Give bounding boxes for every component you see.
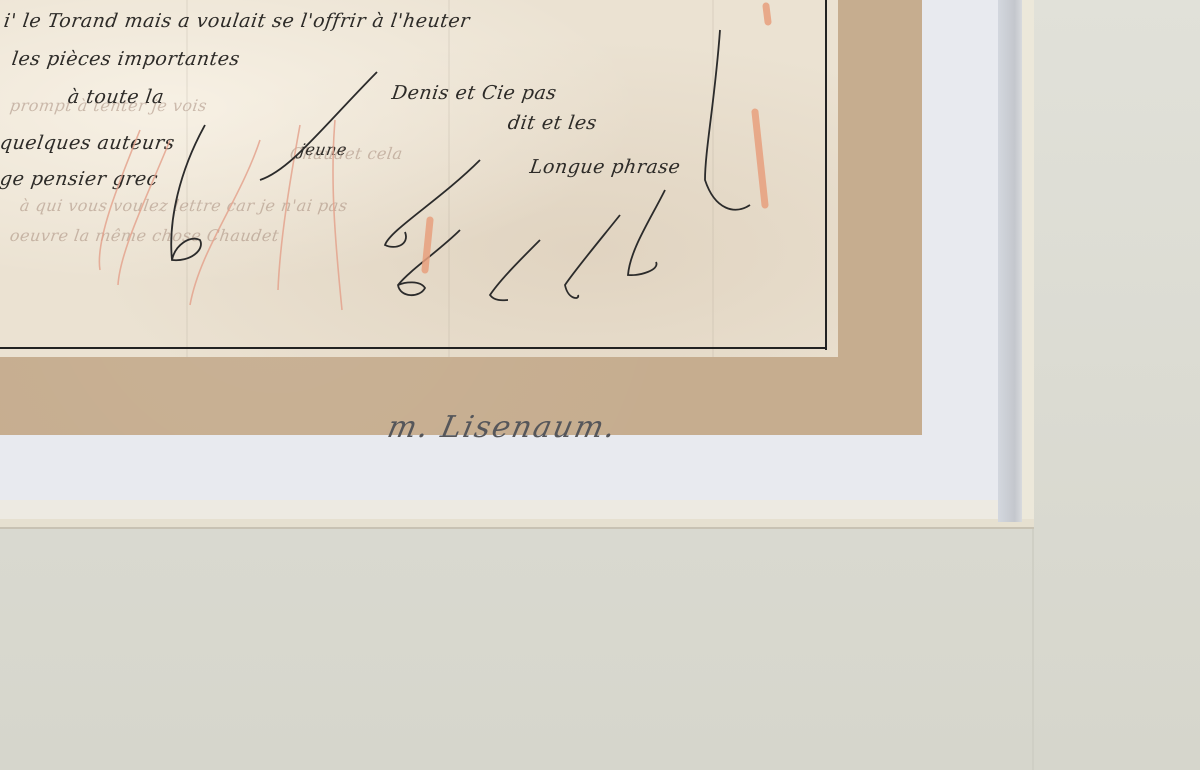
print-border-bottom [0,347,827,349]
frame-seam-horizontal [0,527,1034,529]
inner-mat-edge [0,500,998,519]
mat-shadow [998,0,1022,522]
print-border-right [825,0,827,350]
pen-strokes [0,0,838,357]
mat-bevel-bottom [0,519,1034,527]
artist-signature: m. Lisenaum. [384,410,620,445]
mat-bevel-right [1022,0,1034,525]
manuscript-paper: prompt à tenter je vois Chaudet cela à q… [0,0,838,357]
